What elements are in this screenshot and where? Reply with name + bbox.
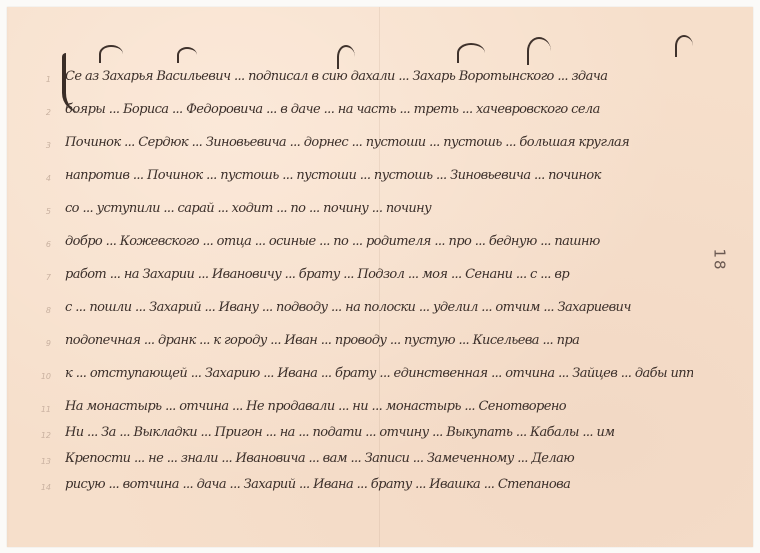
flourish-stroke [457,43,485,63]
flourish-stroke [675,35,693,57]
page-number: 18 [710,248,728,271]
manuscript-line: На монастырь ... отчина ... Не продавали… [65,399,693,414]
line-number: 10 [37,372,51,381]
manuscript-line: с ... пошли ... Захарий ... Ивану ... по… [65,300,693,315]
line-number: 5 [37,207,51,216]
manuscript-line: работ ... на Захарии ... Ивановичу ... б… [65,267,693,282]
manuscript-line: подопечная ... дранк ... к городу ... Ив… [65,333,693,348]
line-number: 7 [37,273,51,282]
line-number: 1 [37,75,51,84]
flourish-stroke [99,45,123,63]
line-number: 2 [37,108,51,117]
line-number: 11 [37,405,51,414]
manuscript-line: рисую ... вотчина ... дача ... Захарий .… [65,477,693,492]
line-number: 13 [37,457,51,466]
manuscript-line: Се аз Захарья Васильевич ... подписал в … [65,69,693,84]
manuscript-line: Ни ... За ... Выкладки ... Пригон ... на… [65,425,693,440]
line-number: 6 [37,240,51,249]
line-number: 12 [37,431,51,440]
manuscript-line: со ... уступили ... сарай ... ходит ... … [65,201,693,216]
line-number: 4 [37,174,51,183]
manuscript-line: Крепости ... не ... знали ... Ивановича … [65,451,693,466]
manuscript-line: добро ... Кожевского ... отца ... осиные… [65,234,693,249]
manuscript-line: Починок ... Сердюк ... Зиновьевича ... д… [65,135,693,150]
manuscript-line: напротив ... Починок ... пустошь ... пус… [65,168,693,183]
manuscript-line: бояры ... Бориса ... Федоровича ... в да… [65,102,693,117]
line-number: 8 [37,306,51,315]
line-number: 3 [37,141,51,150]
flourish-stroke [177,47,197,63]
line-number: 14 [37,483,51,492]
flourish-stroke [337,45,355,69]
line-number: 9 [37,339,51,348]
manuscript-sheet: 1 2 3 4 5 6 7 8 9 10 11 12 13 14 Се аз З… [7,7,753,547]
flourish-stroke [527,37,551,65]
manuscript-line: к ... отступающей ... Захарию ... Ивана … [65,366,693,381]
